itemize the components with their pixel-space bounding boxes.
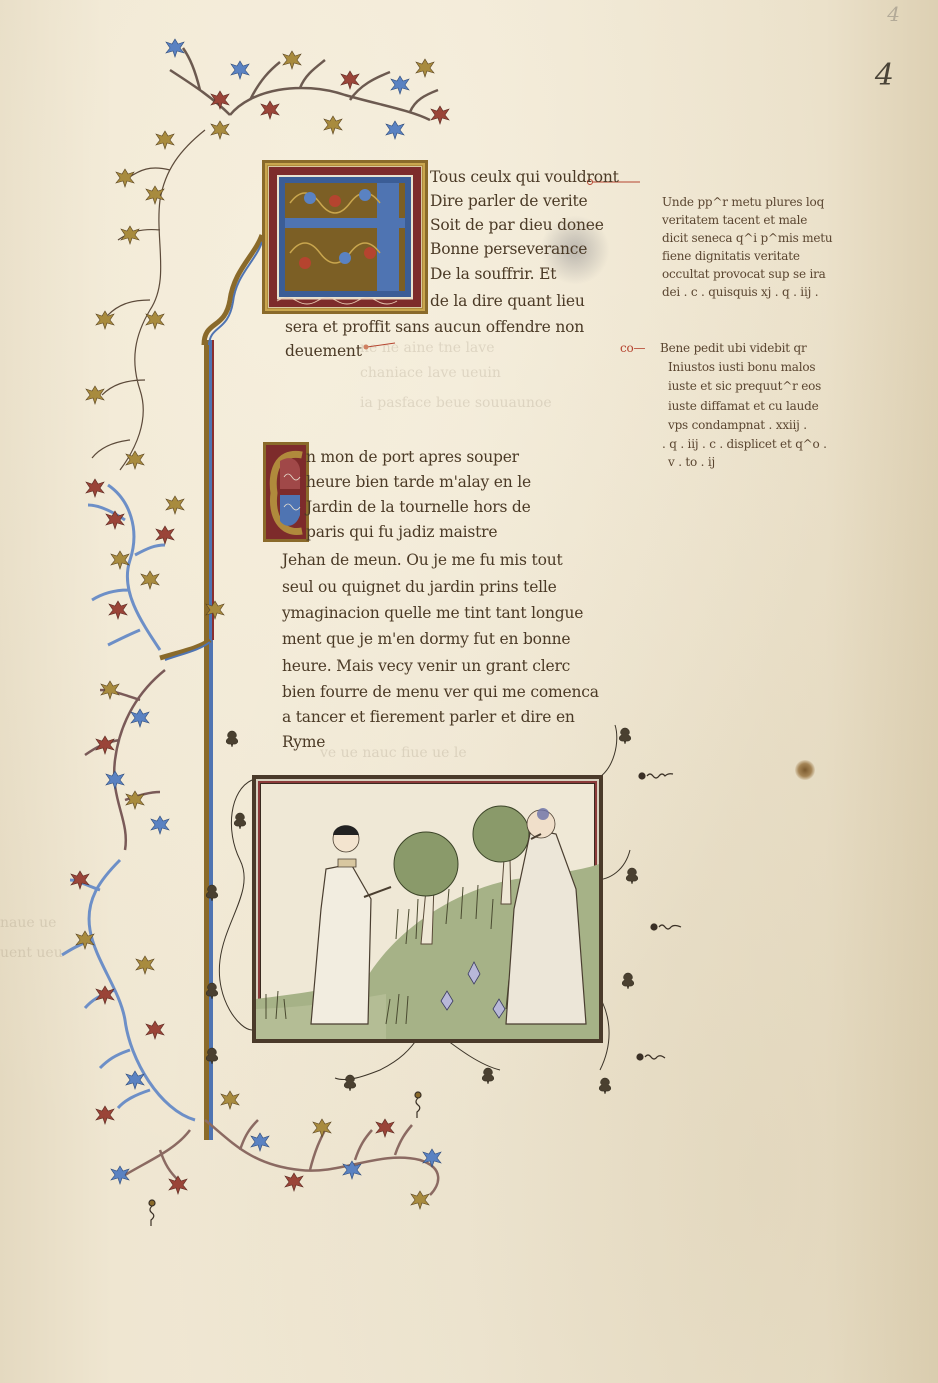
- margin-line: vps condampnat . xxiij .: [668, 419, 807, 431]
- margin-line: occultat provocat sup se ira: [662, 268, 826, 280]
- text-line: de la dire quant lieu: [430, 294, 585, 310]
- text-line: deuement: [285, 344, 362, 360]
- text-line: sera et proffit sans aucun offendre non: [285, 320, 584, 336]
- margin-line: veritatem tacent et male: [662, 214, 807, 226]
- text-line: seul ou quignet du jardin prins telle: [282, 580, 557, 596]
- text-line: heure bien tarde m'alay en le: [306, 475, 531, 491]
- text-line: bien fourre de menu ver qui me comenca: [282, 685, 599, 701]
- text-line: ymaginacion quelle me tint tant longue: [282, 606, 583, 622]
- manuscript-folio: 4 4 ne ne aine tne lave chaniace lave ue…: [0, 0, 938, 1383]
- margin-line: Iniustos iusti bonu malos: [668, 361, 815, 373]
- text-line: Soit de par dieu donee: [430, 218, 604, 234]
- text-line: De la souffrir. Et: [430, 267, 556, 283]
- text-line: heure. Mais vecy venir un grant clerc: [282, 659, 570, 675]
- text-line: ment que je m'en dormy fut en bonne: [282, 632, 570, 648]
- margin-line: iuste et sic prequut^r eos: [668, 380, 821, 392]
- margin-line: fiene dignitatis veritate: [662, 250, 800, 262]
- margin-line: dicit seneca q^i p^mis metu: [662, 232, 832, 244]
- text-line: a tancer et fierement parler et dire en: [282, 710, 575, 726]
- illuminated-initial-t: [262, 160, 428, 314]
- illuminated-initial-e: [263, 442, 309, 542]
- rubric-marker: co—: [620, 342, 645, 354]
- text-line: Ryme: [282, 735, 325, 751]
- initial-e-art: [266, 445, 306, 539]
- miniature-painting: [252, 775, 603, 1043]
- text-line: n mon de port apres souper: [306, 450, 519, 466]
- text-line: Tous ceulx qui vouldront: [430, 170, 619, 186]
- text-line: Bonne perseverance: [430, 242, 587, 258]
- text-line: paris qui fu jadiz maistre: [306, 525, 497, 541]
- margin-line: Unde pp^r metu plures loq: [662, 196, 824, 208]
- text-line: Jardin de la tournelle hors de: [306, 500, 531, 516]
- text-line: Dire parler de verite: [430, 194, 587, 210]
- margin-line: Bene pedit ubi videbit qr: [660, 342, 807, 354]
- initial-foliage: [265, 163, 425, 311]
- margin-line: . q . iij . c . displicet et q^o .: [662, 438, 827, 450]
- margin-line: v . to . ij: [668, 456, 715, 468]
- miniature-scene: [256, 779, 599, 1039]
- margin-line: dei . c . quisquis xj . q . iij .: [662, 286, 818, 298]
- text-line: Jehan de meun. Ou je me fu mis tout: [282, 553, 563, 569]
- margin-line: iuste diffamat et cu laude: [668, 400, 819, 412]
